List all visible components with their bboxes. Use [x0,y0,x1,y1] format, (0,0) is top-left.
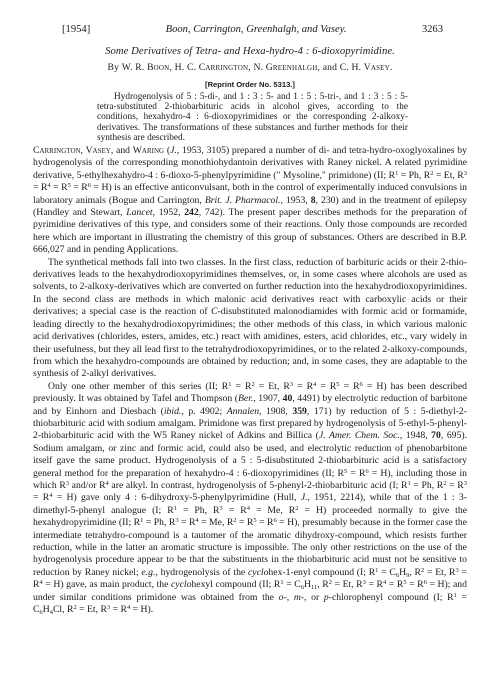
author: C. H. Vasey [340,62,390,73]
paragraph: Carrington, Vasey, and Waring (J., 1953,… [33,145,467,257]
reprint-order: [Reprint Order No. 5313.] [0,80,500,89]
article-body: Carrington, Vasey, and Waring (J., 1953,… [33,145,467,616]
running-head: [1954] Boon, Carrington, Greenhalgh, and… [62,24,443,35]
year: [1954] [62,24,90,35]
author: W. R. Boon [122,62,170,73]
paragraph: The synthetical methods fall into two cl… [33,257,467,381]
byline: By W. R. Boon, H. C. Carrington, N. Gree… [0,62,500,73]
paragraph: Only one other member of this series (II… [33,381,467,617]
author: H. C. Carrington [175,62,249,73]
journal-page: [1954] Boon, Carrington, Greenhalgh, and… [0,0,500,696]
author: N. Greenhalgh [253,62,317,73]
article-title: Some Derivatives of Tetra- and Hexa-hydr… [0,46,500,57]
page-number: 3263 [422,24,443,35]
abstract: Hydrogenolysis of 5 : 5-di-, and 1 : 3 :… [97,92,408,143]
running-head-authors: Boon, Carrington, Greenhalgh, and Vasey. [166,24,347,35]
